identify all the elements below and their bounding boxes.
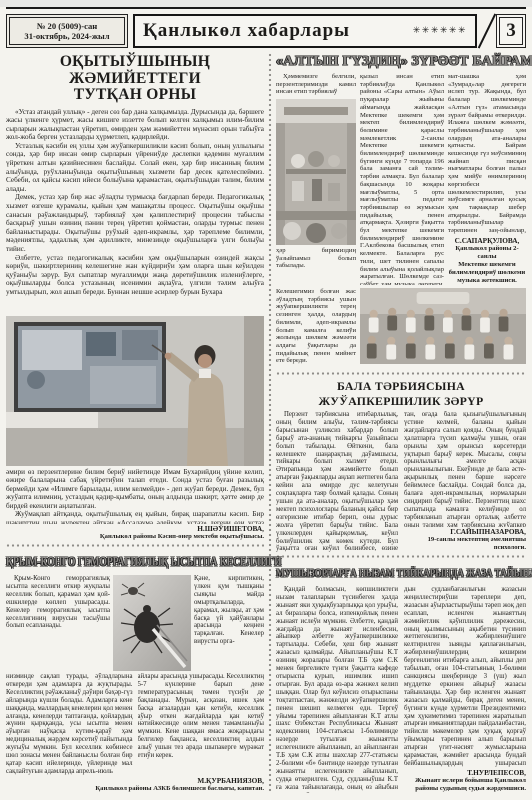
- harvest-column-1: Ҳәммемизге белгили, перзентлеримизди кам…: [276, 73, 356, 285]
- article-paragraph: айлары арасында ушырасады. Кеселликтиң 5…: [138, 673, 265, 760]
- top-rule: [6, 7, 526, 9]
- author-name: М.ҚУРБАНИЯЗОВ,: [6, 776, 264, 785]
- dotted-divider: [276, 371, 526, 376]
- article-paragraph: ҳәр биримиздиң ўазыйпамыз болып табылады…: [276, 247, 356, 270]
- article-upbringing-headline: БАЛА ТӘРБИЯСЫНА ЖУЎАПКЕРШИЛИК ЗӘРҮР: [276, 379, 526, 409]
- headline-text: МУШЫЗОРЛАРҒА НЫЗАМ ТИЙКАРЫНДА ЖАЗА ТАЙЫН…: [276, 566, 532, 580]
- article-court-headline: МУШЫЗОРЛАРҒА НЫЗАМ ТИЙКАРЫНДА ЖАЗА ТАЙЫН…: [276, 563, 526, 581]
- author-name: Т.НУРЛЕПЕСОВ,: [404, 768, 526, 777]
- newspaper-title: Қанлыкөл хабарлары: [143, 20, 350, 42]
- masthead-divider: [478, 13, 496, 48]
- article-column: дын судланбағанлығын жазасын жеңиллестир…: [404, 586, 526, 793]
- court-columns: Қандай болмасын, көпшиликтеги нызам тала…: [276, 586, 526, 793]
- article-signature: С.САПАРҚУЛОВА, Қанлыкөл районы 2-санлы М…: [448, 236, 526, 285]
- harvest-display-photo: [276, 99, 356, 245]
- upbringing-columns: Перзент тәрбиясына итибарлылық, оның бил…: [276, 411, 526, 552]
- masthead-row: № 20 (5009)-сан 31-октябрь, 2024-жыл Қан…: [6, 14, 526, 48]
- right-column: «АЛТЫН ГҮЗДИҢ» ЗҮРӘӘТ БАЙРАМЫ Ҳәммемизге…: [276, 53, 526, 793]
- article-paragraph: Қәне, кирпитикен, үлкен қум тышқаны сыяқ…: [194, 575, 264, 646]
- article-column: Қандай болмасын, көпшиликтеги нызам тала…: [276, 586, 398, 793]
- article-paragraph: Келешегимиз болған жас әўладтың тәрбиясы…: [276, 288, 356, 364]
- headline-line2: ТУТҚАН ОРНЫ: [6, 87, 264, 104]
- article-paragraph: Ҳәммемизге белгили, перзентлеримизди кам…: [276, 73, 356, 96]
- author-name: С.САПАРҚУЛОВА,: [448, 236, 526, 245]
- article-paragraph: Устазлық кәсиби ең уллы ҳәм жуўапкершили…: [6, 142, 264, 194]
- article-paragraph: Жуўмақлап айтқанда, оқытыўшылық ең қыйын…: [6, 510, 264, 524]
- article-body: Ҳәммемизге белгили, перзентлеримизди кам…: [276, 73, 356, 97]
- article-paragraph: «Устаз атандай уллық» - деген сөз бар да…: [6, 108, 264, 142]
- harvest-column-3: мат-шашка ҳәм «Зумрад»лар дөгереги ислеп…: [448, 73, 526, 285]
- article-column: Перзент тәрбиясына итибарлылық, оның бил…: [276, 411, 398, 552]
- article-paragraph: дын судланбағанлығын жазасын жеңиллестир…: [404, 586, 526, 768]
- article-paragraph: Әлбетте, устаз педагогикалық кәсибин ҳәм…: [6, 254, 264, 297]
- article-teacher-role: ОҚЫТЫЎШЫНЫҢ ЖӘМИЙЕТТЕГИ ТУТҚАН ОРНЫ «Уст…: [6, 53, 264, 541]
- article-paragraph: Демек, устаз ҳәр бир жас әўладты турмысқ…: [6, 193, 264, 253]
- article-court-verdict: МУШЫЗОРЛАРҒА НЫЗАМ ТИЙКАРЫНДА ЖАЗА ТАЙЫН…: [276, 561, 526, 793]
- masthead-box: Қанлыкөл хабарлары ✳✳✳✳✳✳: [133, 14, 477, 48]
- tick-photo: [113, 575, 191, 671]
- article-signature: Н.ШӘЎИШЕТОВА, Қанлыкөл районы Кәсип-өнер…: [6, 524, 264, 541]
- article-column: тан, оғада бала қызығыўшылығының үстине …: [404, 411, 526, 552]
- article-column: низминде сақлап турады, әўладларына өтке…: [6, 673, 133, 776]
- issue-number: № 20 (5009)-сан: [7, 21, 127, 32]
- article-paragraph: Қандай болмасын, көпшиликтеги нызам тала…: [276, 586, 398, 793]
- author-name: Н.ШӘЎИШЕТОВА,: [6, 524, 264, 533]
- author-role: 19-санлы мектептиң әмелиятшы психологи.: [404, 536, 526, 552]
- dotted-divider: [276, 554, 526, 559]
- harvest-column-2: қызыл инсан етип тәрбиялаўда Қанлыкөл ра…: [360, 73, 444, 285]
- article-harvest-festival: «АЛТЫН ГҮЗДИҢ» ЗҮРӘӘТ БАЙРАМЫ Ҳәммемизге…: [276, 53, 526, 369]
- page-number-box: 3: [496, 14, 526, 48]
- left-column: ОҚЫТЫЎШЫНЫҢ ЖӘМИЙЕТТЕГИ ТУТҚАН ОРНЫ «Уст…: [6, 53, 264, 793]
- article-harvest-headline: «АЛТЫН ГҮЗДИҢ» ЗҮРӘӘТ БАЙРАМЫ: [276, 53, 526, 71]
- harvest-columns: Ҳәммемизге белгили, перзентлеримизди кам…: [276, 73, 526, 285]
- fever-top-block: Қрым-Конго геморрагиялық ысытпа кеселлиг…: [6, 575, 264, 671]
- article-body: ҳәр биримиздиң ўазыйпамыз болып табылады…: [276, 247, 356, 285]
- author-role: Жынаят ислери бойынша Қанлыкөл районы су…: [404, 777, 526, 793]
- article-paragraph: мат-шашка ҳәм «Зумрад»лар дөгереги ислеп…: [448, 73, 526, 236]
- classroom-photo: [6, 316, 264, 466]
- fever-columns: низминде сақлап турады, әўладларына өтке…: [6, 673, 264, 776]
- issue-info-box: № 20 (5009)-сан 31-октябрь, 2024-жыл: [6, 14, 128, 48]
- article-paragraph: Қрым-Конго геморрагиялық ысытпа кеселлиг…: [6, 575, 110, 630]
- florette-ornament-icon: ✳✳✳✳✳✳: [413, 26, 467, 36]
- article-child-upbringing: БАЛА ТӘРБИЯСЫНА ЖУЎАПКЕРШИЛИК ЗӘРҮР Перз…: [276, 378, 526, 552]
- author-role: Қанлыкөл районы 2-санлы Мектепке шекемги…: [448, 245, 526, 285]
- article-fever-headline: ҚРЫМ-КОНГО ГЕМОРРАГИЯЛЫҚ ЫСЫТПА КЕСЕЛЛИГ…: [6, 552, 264, 570]
- article-body: Қәне, кирпитикен, үлкен қум тышқаны сыяқ…: [194, 575, 264, 671]
- newspaper-page: № 20 (5009)-сан 31-октябрь, 2024-жыл Қан…: [0, 7, 532, 800]
- article-paragraph: әмири өз перзентлерине билим бериў нийет…: [6, 468, 264, 511]
- article-body: мат-шашка ҳәм «Зумрад»лар дөгереги ислеп…: [448, 73, 526, 236]
- page-content: ОҚЫТЫЎШЫНЫҢ ЖӘМИЙЕТТЕГИ ТУТҚАН ОРНЫ «Уст…: [6, 53, 526, 793]
- children-group-photo: [360, 288, 526, 364]
- author-role: Қанлыкөл районы Кәсип-өнер мектеби оқыты…: [6, 533, 264, 541]
- harvest-bottom-row: Келешегимиз болған жас әўладтың тәрбиясы…: [276, 288, 526, 364]
- article-fever-disease: ҚРЫМ-КОНГО ГЕМОРРАГИЯЛЫҚ ЫСЫТПА КЕСЕЛЛИГ…: [6, 550, 264, 793]
- article-signature: М.ҚУРБАНИЯЗОВ, Қанлыкөл районы АЗКБ бөли…: [6, 776, 264, 793]
- article-paragraph: низминде сақлап турады, әўладларына өтке…: [6, 673, 133, 776]
- article-body: «Устаз атандай уллық» - деген сөз бар да…: [6, 108, 264, 314]
- article-teacher-headline: ОҚЫТЫЎШЫНЫҢ ЖӘМИЙЕТТЕГИ ТУТҚАН ОРНЫ: [6, 54, 264, 104]
- article-column: айлары арасында ушырасады. Кеселликтиң 5…: [138, 673, 265, 776]
- article-body: әмири өз перзентлерине билим бериў нийет…: [6, 468, 264, 525]
- article-signature: Г.САЙЫПНАЗАРОВА, 19-санлы мектептиң әмел…: [404, 527, 526, 552]
- author-name: Г.САЙЫПНАЗАРОВА,: [404, 527, 526, 536]
- page-number: 3: [506, 20, 516, 42]
- article-body: дын судланбағанлығын жазасын жеңиллестир…: [404, 586, 526, 768]
- article-paragraph: тан, оғада бала қызығыўшылығының үстине …: [404, 411, 526, 527]
- article-body: Келешегимиз болған жас әўладтың тәрбиясы…: [276, 288, 356, 364]
- article-body: тан, оғада бала қызығыўшылығының үстине …: [404, 411, 526, 527]
- dotted-column-divider: [268, 53, 272, 793]
- dotted-divider: [6, 543, 264, 548]
- article-paragraph: Перзент тәрбиясына итибарлылық, оның бил…: [276, 411, 398, 552]
- headline-text: ҚРЫМ-КОНГО ГЕМОРРАГИЯЛЫҚ ЫСЫТПА КЕСЕЛЛИГ…: [6, 555, 282, 569]
- issue-date: 31-октябрь, 2024-жыл: [7, 31, 127, 42]
- article-signature: Т.НУРЛЕПЕСОВ, Жынаят ислери бойынша Қанл…: [404, 768, 526, 793]
- article-body: Қрым-Конго геморрагиялық ысытпа кеселлиг…: [6, 575, 110, 671]
- author-role: Қанлыкөл районы АЗКБ бөлимшеси баслығы, …: [6, 785, 264, 793]
- article-paragraph: қызыл инсан етип тәрбиялаўда Қанлыкөл ра…: [360, 73, 444, 285]
- headline-line1: ОҚЫТЫЎШЫНЫҢ ЖӘМИЙЕТТЕГИ: [6, 54, 264, 87]
